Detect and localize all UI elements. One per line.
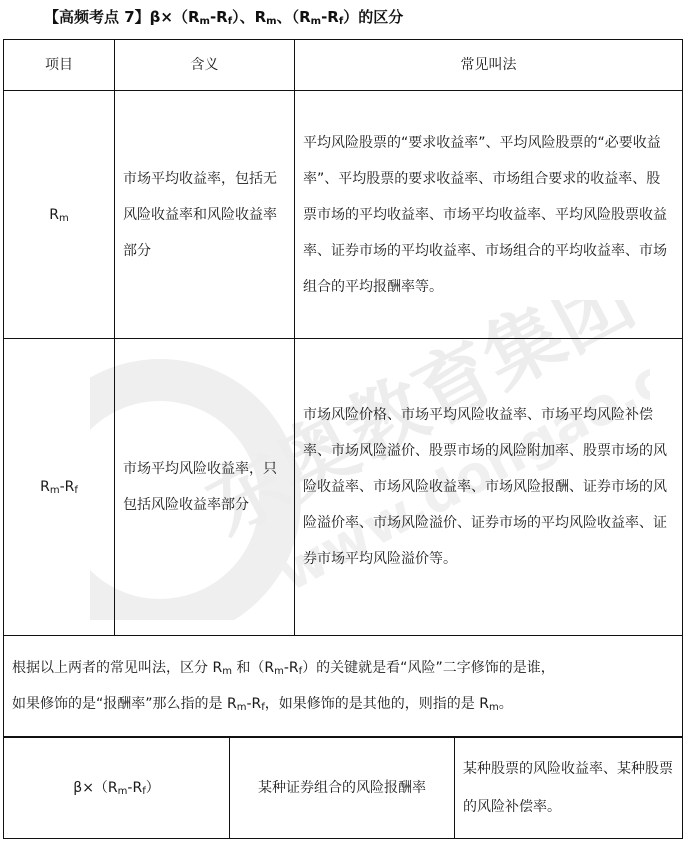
meaning-cell: 市场平均风险收益率，只包括风险收益率部分 bbox=[115, 339, 295, 636]
title-prefix: 【高频考点 7】 bbox=[44, 8, 150, 26]
title-text: -R bbox=[321, 8, 339, 26]
table-row-rm: Rm 市场平均收益率，包括无风险收益率和风险收益率部分 平均风险股票的“要求收益… bbox=[4, 91, 683, 339]
title-text: ）、R bbox=[232, 8, 266, 26]
common-names-cell: 平均风险股票的“要求收益率”、平均风险股票的“必要收益率”、平均股票的要求收益率… bbox=[295, 91, 683, 339]
common-names-cell: 市场风险价格、市场平均风险收益率、市场平均风险补偿率、市场风险溢价、股票市场的风… bbox=[295, 339, 683, 636]
summary-cell: 根据以上两者的常见叫法，区分 Rm 和（Rm-Rf）的关键就是看“风险”二字修饰… bbox=[4, 636, 683, 737]
beta-table: β×（Rm-Rf） 某种证券组合的风险报酬率 某种股票的风险收益率、某种股票的风… bbox=[3, 737, 683, 839]
subscript: m bbox=[50, 485, 60, 496]
subscript: m bbox=[200, 16, 210, 27]
table-row-rm-rf: Rm-Rf 市场平均风险收益率，只包括风险收益率部分 市场风险价格、市场平均风险… bbox=[4, 339, 683, 636]
title-text: 、（R bbox=[277, 8, 311, 26]
item-symbol: -R bbox=[60, 479, 75, 495]
summary-line-1: 根据以上两者的常见叫法，区分 Rm 和（Rm-Rf）的关键就是看“风险”二字修饰… bbox=[12, 650, 674, 686]
subscript: f bbox=[74, 485, 78, 496]
item-cell: β×（Rm-Rf） bbox=[4, 738, 230, 839]
table-header-row: 项目 含义 常见叫法 bbox=[4, 40, 683, 91]
page-title: 【高频考点 7】β×（Rm-Rf）、Rm、（Rm-Rf）的区分 bbox=[44, 6, 403, 27]
comparison-table: 项目 含义 常见叫法 Rm 市场平均收益率，包括无风险收益率和风险收益率部分 平… bbox=[3, 39, 683, 737]
meaning-cell: 某种证券组合的风险报酬率 bbox=[230, 738, 455, 839]
header-meaning: 含义 bbox=[115, 40, 295, 91]
table-row-beta: β×（Rm-Rf） 某种证券组合的风险报酬率 某种股票的风险收益率、某种股票的风… bbox=[4, 738, 683, 839]
summary-row: 根据以上两者的常见叫法，区分 Rm 和（Rm-Rf）的关键就是看“风险”二字修饰… bbox=[4, 636, 683, 737]
item-symbol: R bbox=[40, 479, 50, 495]
item-cell: Rm bbox=[4, 91, 115, 339]
subscript: m bbox=[311, 16, 321, 27]
summary-line-2: 如果修饰的是“报酬率”那么指的是 Rm-Rf，如果修饰的是其他的，则指的是 Rm… bbox=[12, 686, 674, 722]
title-text: β×（R bbox=[150, 8, 200, 26]
title-text: ）的区分 bbox=[343, 8, 403, 26]
header-item: 项目 bbox=[4, 40, 115, 91]
header-common-names: 常见叫法 bbox=[295, 40, 683, 91]
meaning-cell: 市场平均收益率，包括无风险收益率和风险收益率部分 bbox=[115, 91, 295, 339]
item-symbol: R bbox=[49, 207, 59, 223]
title-text: -R bbox=[210, 8, 228, 26]
item-cell: Rm-Rf bbox=[4, 339, 115, 636]
subscript: m bbox=[59, 213, 69, 224]
common-names-cell: 某种股票的风险收益率、某种股票的风险补偿率。 bbox=[455, 738, 683, 839]
subscript: m bbox=[266, 16, 276, 27]
